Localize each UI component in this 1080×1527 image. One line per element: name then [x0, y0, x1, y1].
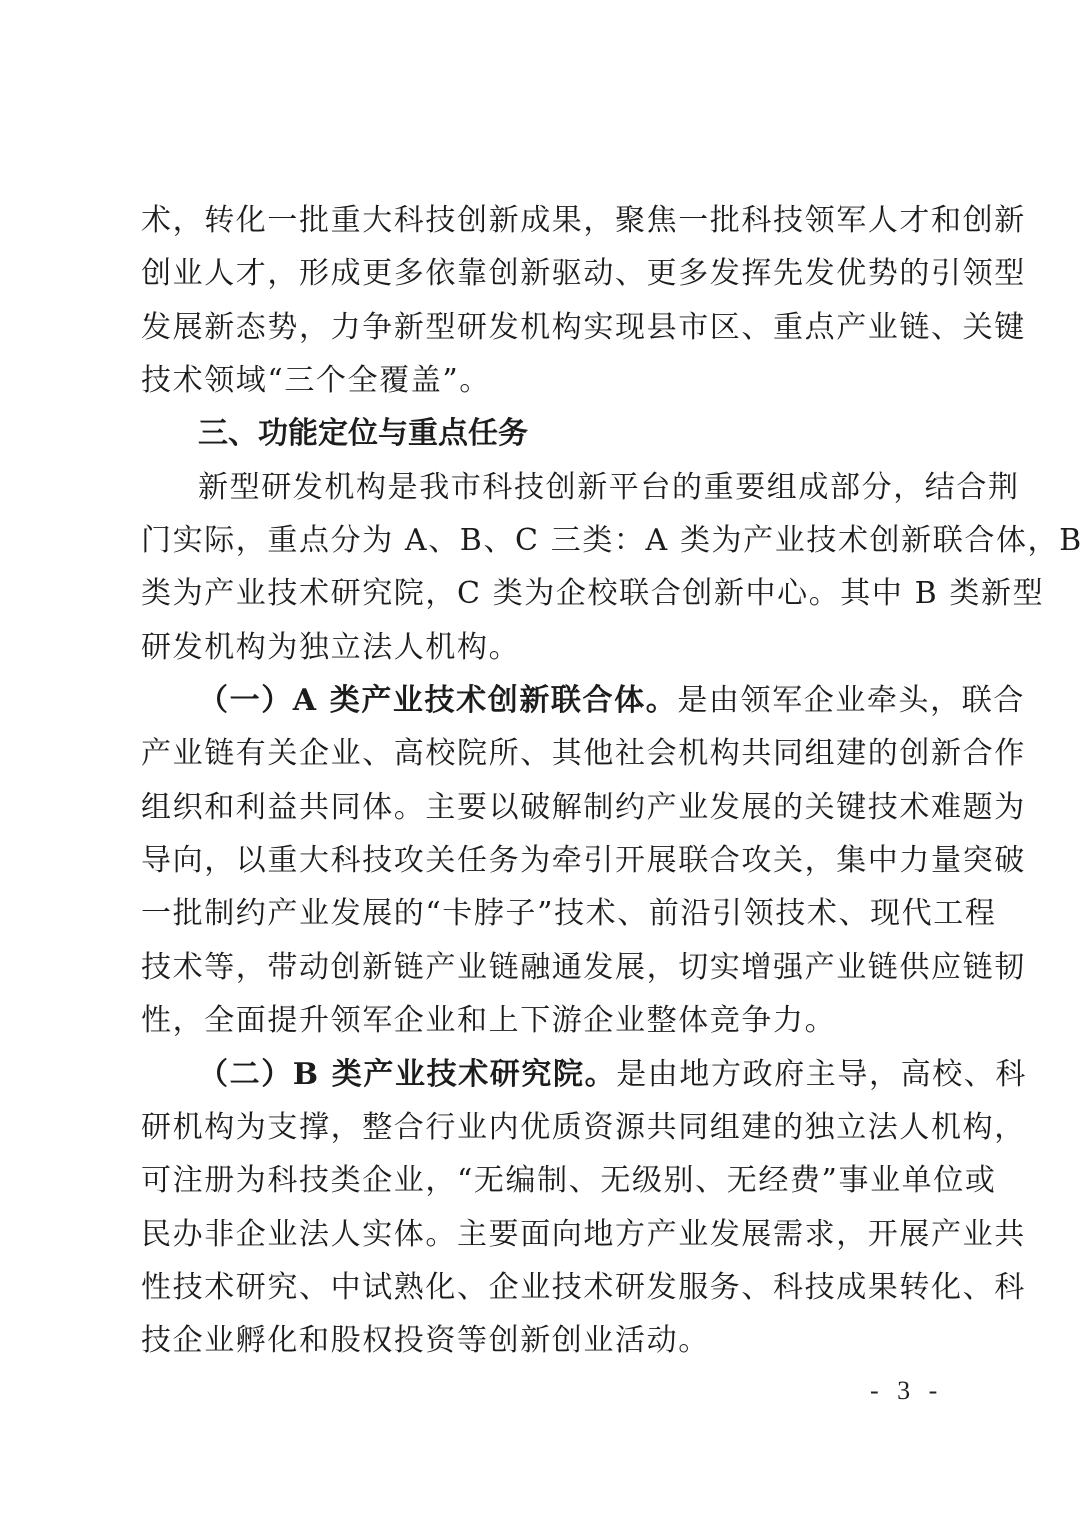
paragraph-line: 研机构为支撑，整合行业内优质资源共同组建的独立法人机构，: [141, 1101, 941, 1154]
paragraph-line: 导向，以重大科技攻关任务为牵引开展联合攻关，集中力量突破: [141, 834, 941, 887]
subsection-b-text: 是由地方政府主导，高校、科: [616, 1057, 1027, 1092]
paragraph-line: 产业链有关企业、高校院所、其他社会机构共同组建的创新合作: [141, 727, 941, 780]
paragraph-line: 民办非企业法人实体。主要面向地方产业发展需求，开展产业共: [141, 1208, 941, 1261]
paragraph-line: 技企业孵化和股权投资等创新创业活动。: [141, 1314, 941, 1367]
subsection-a-first-line: （一）A 类产业技术创新联合体。是由领军企业牵头，联合: [141, 674, 941, 727]
paragraph-line: 技术领域“三个全覆盖”。: [141, 354, 941, 407]
paragraph-line: 新型研发机构是我市科技创新平台的重要组成部分，结合荆: [141, 461, 941, 514]
page-number: - 3 -: [870, 1376, 943, 1406]
subsection-b-title: （二）B 类产业技术研究院。: [198, 1057, 616, 1092]
paragraph-line: 技术等，带动创新链产业链融通发展，切实增强产业链供应链韧: [141, 941, 941, 994]
paragraph-line: 创业人才，形成更多依靠创新驱动、更多发挥先发优势的引领型: [141, 247, 941, 300]
paragraph-line: 研发机构为独立法人机构。: [141, 621, 941, 674]
paragraph-line: 一批制约产业发展的“卡脖子”技术、前沿引领技术、现代工程: [141, 887, 941, 940]
paragraph-line: 发展新态势，力争新型研发机构实现县市区、重点产业链、关键: [141, 301, 941, 354]
paragraph-line: 组织和利益共同体。主要以破解制约产业发展的关键技术难题为: [141, 781, 941, 834]
paragraph-line: 门实际，重点分为 A、B、C 三类：A 类为产业技术创新联合体，B: [141, 514, 941, 567]
paragraph-line: 类为产业技术研究院，C 类为企校联合创新中心。其中 B 类新型: [141, 567, 941, 620]
paragraph-line: 术，转化一批重大科技创新成果，聚焦一批科技领军人才和创新: [141, 194, 941, 247]
subsection-b-first-line: （二）B 类产业技术研究院。是由地方政府主导，高校、科: [141, 1048, 941, 1101]
paragraph-line: 性技术研究、中试熟化、企业技术研发服务、科技成果转化、科: [141, 1261, 941, 1314]
section-heading: 三、功能定位与重点任务: [141, 407, 941, 460]
document-page: 术，转化一批重大科技创新成果，聚焦一批科技领军人才和创新 创业人才，形成更多依靠…: [141, 194, 941, 1368]
paragraph-line: 可注册为科技类企业，“无编制、无级别、无经费”事业单位或: [141, 1154, 941, 1207]
subsection-a-text: 是由领军企业牵头，联合: [677, 683, 1025, 718]
paragraph-line: 性，全面提升领军企业和上下游企业整体竞争力。: [141, 994, 941, 1047]
subsection-a-title: （一）A 类产业技术创新联合体。: [198, 683, 677, 718]
